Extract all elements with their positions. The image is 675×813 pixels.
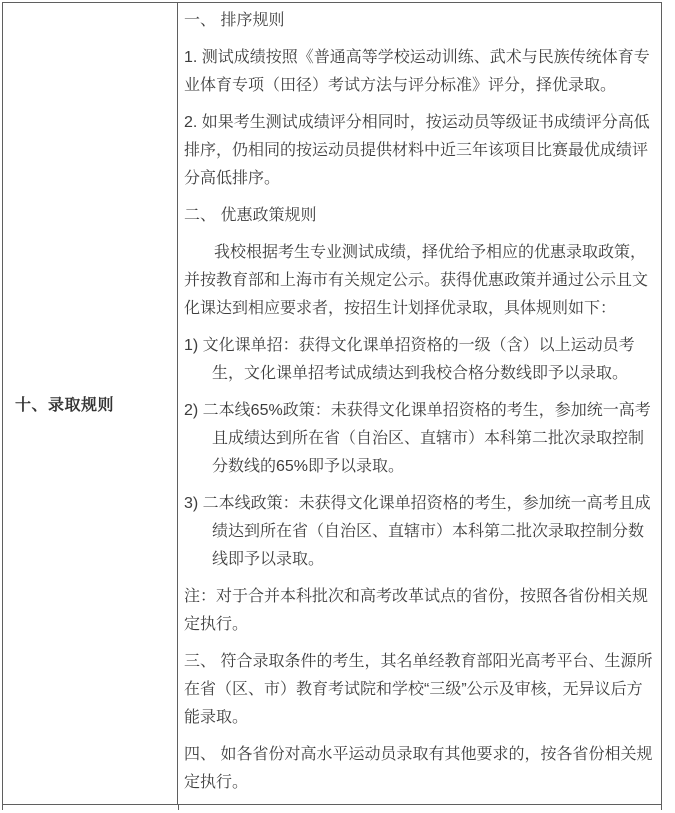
row-header-label: 十、录取规则 — [15, 392, 114, 415]
rule-paragraph: 1. 测试成绩按照《普通高等学校运动训练、武术与民族传统体育专业体育专项（田径）… — [184, 44, 653, 100]
rule-paragraph: 注：对于合并本科批次和高考改革试点的省份，按照各省份相关规定执行。 — [184, 583, 653, 639]
rule-paragraph: 2) 二本线65%政策：未获得文化课单招资格的考生，参加统一高考且成绩达到所在省… — [184, 397, 653, 481]
rule-paragraph: 四、 如各省份对高水平运动员录取有其他要求的，按各省份相关规定执行。 — [184, 741, 653, 797]
document-page: 十、录取规则 一、 排序规则1. 测试成绩按照《普通高等学校运动训练、武术与民族… — [0, 0, 675, 813]
next-row-left-cell — [3, 805, 179, 810]
rule-paragraph: 2. 如果考生测试成绩评分相同时，按运动员等级证书成绩评分高低排序，仍相同的按运… — [184, 109, 653, 193]
rule-paragraph: 二、 优惠政策规则 — [184, 202, 653, 230]
admission-rules-table: 十、录取规则 一、 排序规则1. 测试成绩按照《普通高等学校运动训练、武术与民族… — [2, 2, 662, 810]
table-row: 十、录取规则 一、 排序规则1. 测试成绩按照《普通高等学校运动训练、武术与民族… — [3, 3, 661, 805]
rule-paragraph: 一、 排序规则 — [184, 7, 653, 35]
rules-content-cell: 一、 排序规则1. 测试成绩按照《普通高等学校运动训练、武术与民族传统体育专业体… — [178, 3, 661, 804]
rule-paragraph: 1) 文化课单招：获得文化课单招资格的一级（含）以上运动员考生，文化课单招考试成… — [184, 332, 653, 388]
rule-paragraph: 3) 二本线政策：未获得文化课单招资格的考生，参加统一高考且成绩达到所在省（自治… — [184, 490, 653, 574]
next-row-sliver — [3, 805, 661, 810]
rule-paragraph: 三、 符合录取条件的考生，其名单经教育部阳光高考平台、生源所在省（区、市）教育考… — [184, 648, 653, 732]
rule-paragraph: 我校根据考生专业测试成绩，择优给予相应的优惠录取政策，并按教育部和上海市有关规定… — [184, 239, 653, 323]
next-row-right-cell — [179, 805, 661, 810]
row-header-cell: 十、录取规则 — [3, 3, 178, 804]
